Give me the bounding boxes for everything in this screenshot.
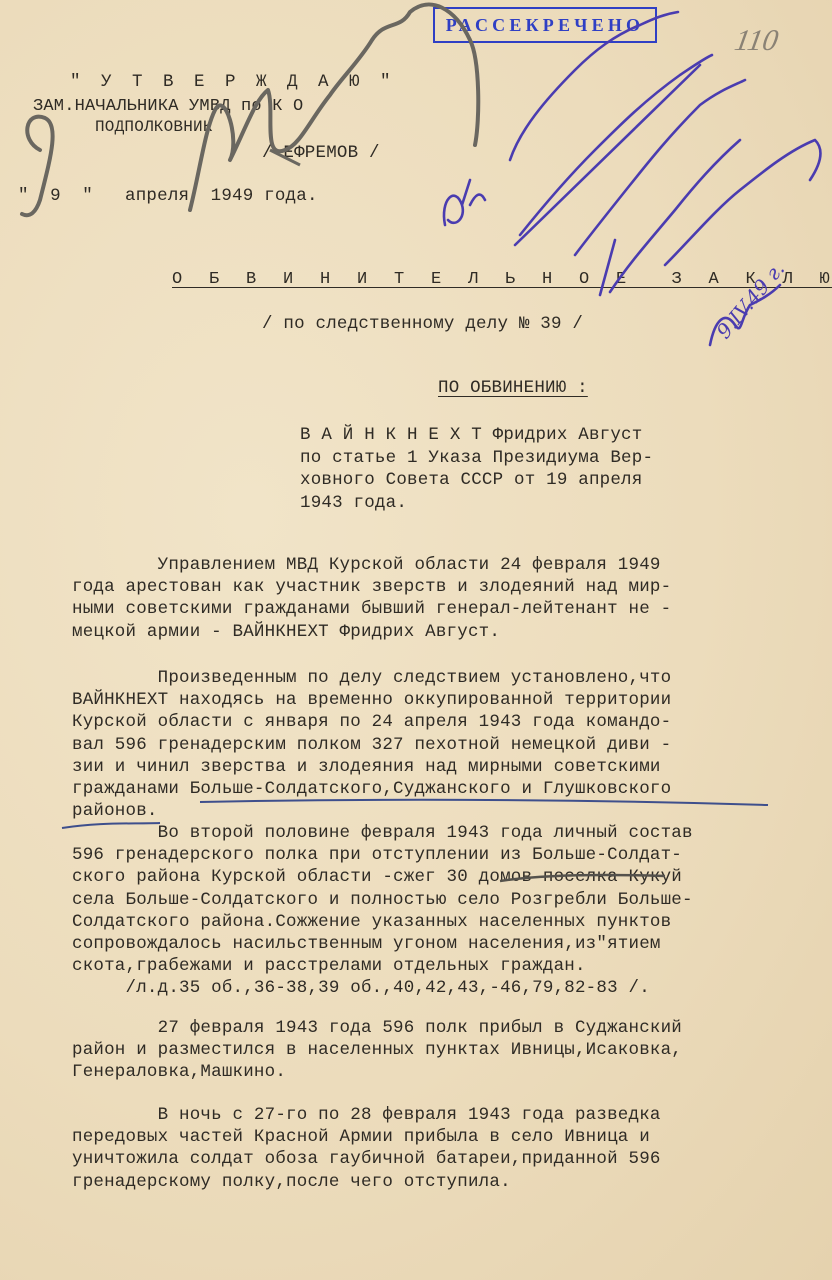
page-number: 110 bbox=[732, 24, 781, 58]
body-line: сопровождалось насильственным угоном нас… bbox=[72, 934, 661, 954]
charge-heading: ПО ОБВИНЕНИЮ : bbox=[438, 378, 588, 398]
approval-name: / ЕФРЕМОВ / bbox=[262, 143, 380, 163]
charge-line: по статье 1 Указа Президиума Вер- bbox=[300, 448, 653, 468]
body-line: Генераловка,Машкино. bbox=[72, 1062, 286, 1082]
body-line: район и разместился в населенных пунктах… bbox=[72, 1040, 682, 1060]
charge-line: В А Й Н К Н Е Х Т Фридрих Август bbox=[300, 425, 642, 445]
body-line: села Больше-Солдатского и полностью село… bbox=[72, 890, 693, 910]
body-line: В ночь с 27-го по 28 февраля 1943 года р… bbox=[72, 1105, 661, 1125]
body-line: Курской области с января по 24 апреля 19… bbox=[72, 712, 671, 732]
body-line: уничтожила солдат обоза гаубичной батаре… bbox=[72, 1149, 661, 1169]
body-line: гренадерскому полку,после чего отступила… bbox=[72, 1172, 511, 1192]
body-line: мецкой армии - ВАЙНКНЕХТ Фридрих Август. bbox=[72, 622, 500, 642]
body-line: /л.д.35 об.,36-38,39 об.,40,42,43,-46,79… bbox=[72, 978, 650, 998]
approval-rank: ПОДПОЛКОВНИК bbox=[95, 118, 213, 136]
document-page: РАССЕКРЕЧЕНО 110 " У Т В Е Р Ж Д А Ю " З… bbox=[0, 0, 832, 1280]
declassified-stamp: РАССЕКРЕЧЕНО bbox=[433, 7, 657, 43]
charge-line: 1943 года. bbox=[300, 493, 407, 513]
approval-date: " 9 " апреля 1949 года. bbox=[18, 186, 318, 206]
body-line: скота,грабежами и расстрелами отдельных … bbox=[72, 956, 586, 976]
body-line: ВАЙНКНЕХТ находясь на временно оккупиров… bbox=[72, 690, 671, 710]
body-line: 27 февраля 1943 года 596 полк прибыл в С… bbox=[72, 1018, 682, 1038]
approval-position: ЗАМ.НАЧАЛЬНИКА УМВД по К О bbox=[33, 97, 303, 116]
case-number-line: / по следственному делу № 39 / bbox=[262, 314, 583, 334]
body-line: вал 596 гренадерским полком 327 пехотной… bbox=[72, 735, 671, 755]
body-line: районов. bbox=[72, 801, 158, 821]
body-line: ными советскими гражданами бывший генера… bbox=[72, 599, 671, 619]
body-line: Во второй половине февраля 1943 года лич… bbox=[72, 823, 693, 843]
body-line: передовых частей Красной Армии прибыла в… bbox=[72, 1127, 650, 1147]
body-line: гражданами Больше-Солдатского,Суджанског… bbox=[72, 779, 671, 799]
body-line: зии и чинил зверства и злодеяния над мир… bbox=[72, 757, 661, 777]
body-line: 596 гренадерского полка при отступлении … bbox=[72, 845, 682, 865]
body-line: ского района Курской области -сжег 30 до… bbox=[72, 867, 682, 887]
body-line: Произведенным по делу следствием установ… bbox=[72, 668, 671, 688]
body-line: года арестован как участник зверств и зл… bbox=[72, 577, 671, 597]
body-line: Управлением МВД Курской области 24 февра… bbox=[72, 555, 661, 575]
body-line: Солдатского района.Сожжение указанных на… bbox=[72, 912, 671, 932]
document-title: О Б В И Н И Т Е Л Ь Н О Е З А К Л Ю Ч Е … bbox=[172, 270, 832, 289]
approval-heading: " У Т В Е Р Ж Д А Ю " bbox=[70, 72, 396, 92]
charge-line: ховного Совета СССР от 19 апреля bbox=[300, 470, 642, 490]
